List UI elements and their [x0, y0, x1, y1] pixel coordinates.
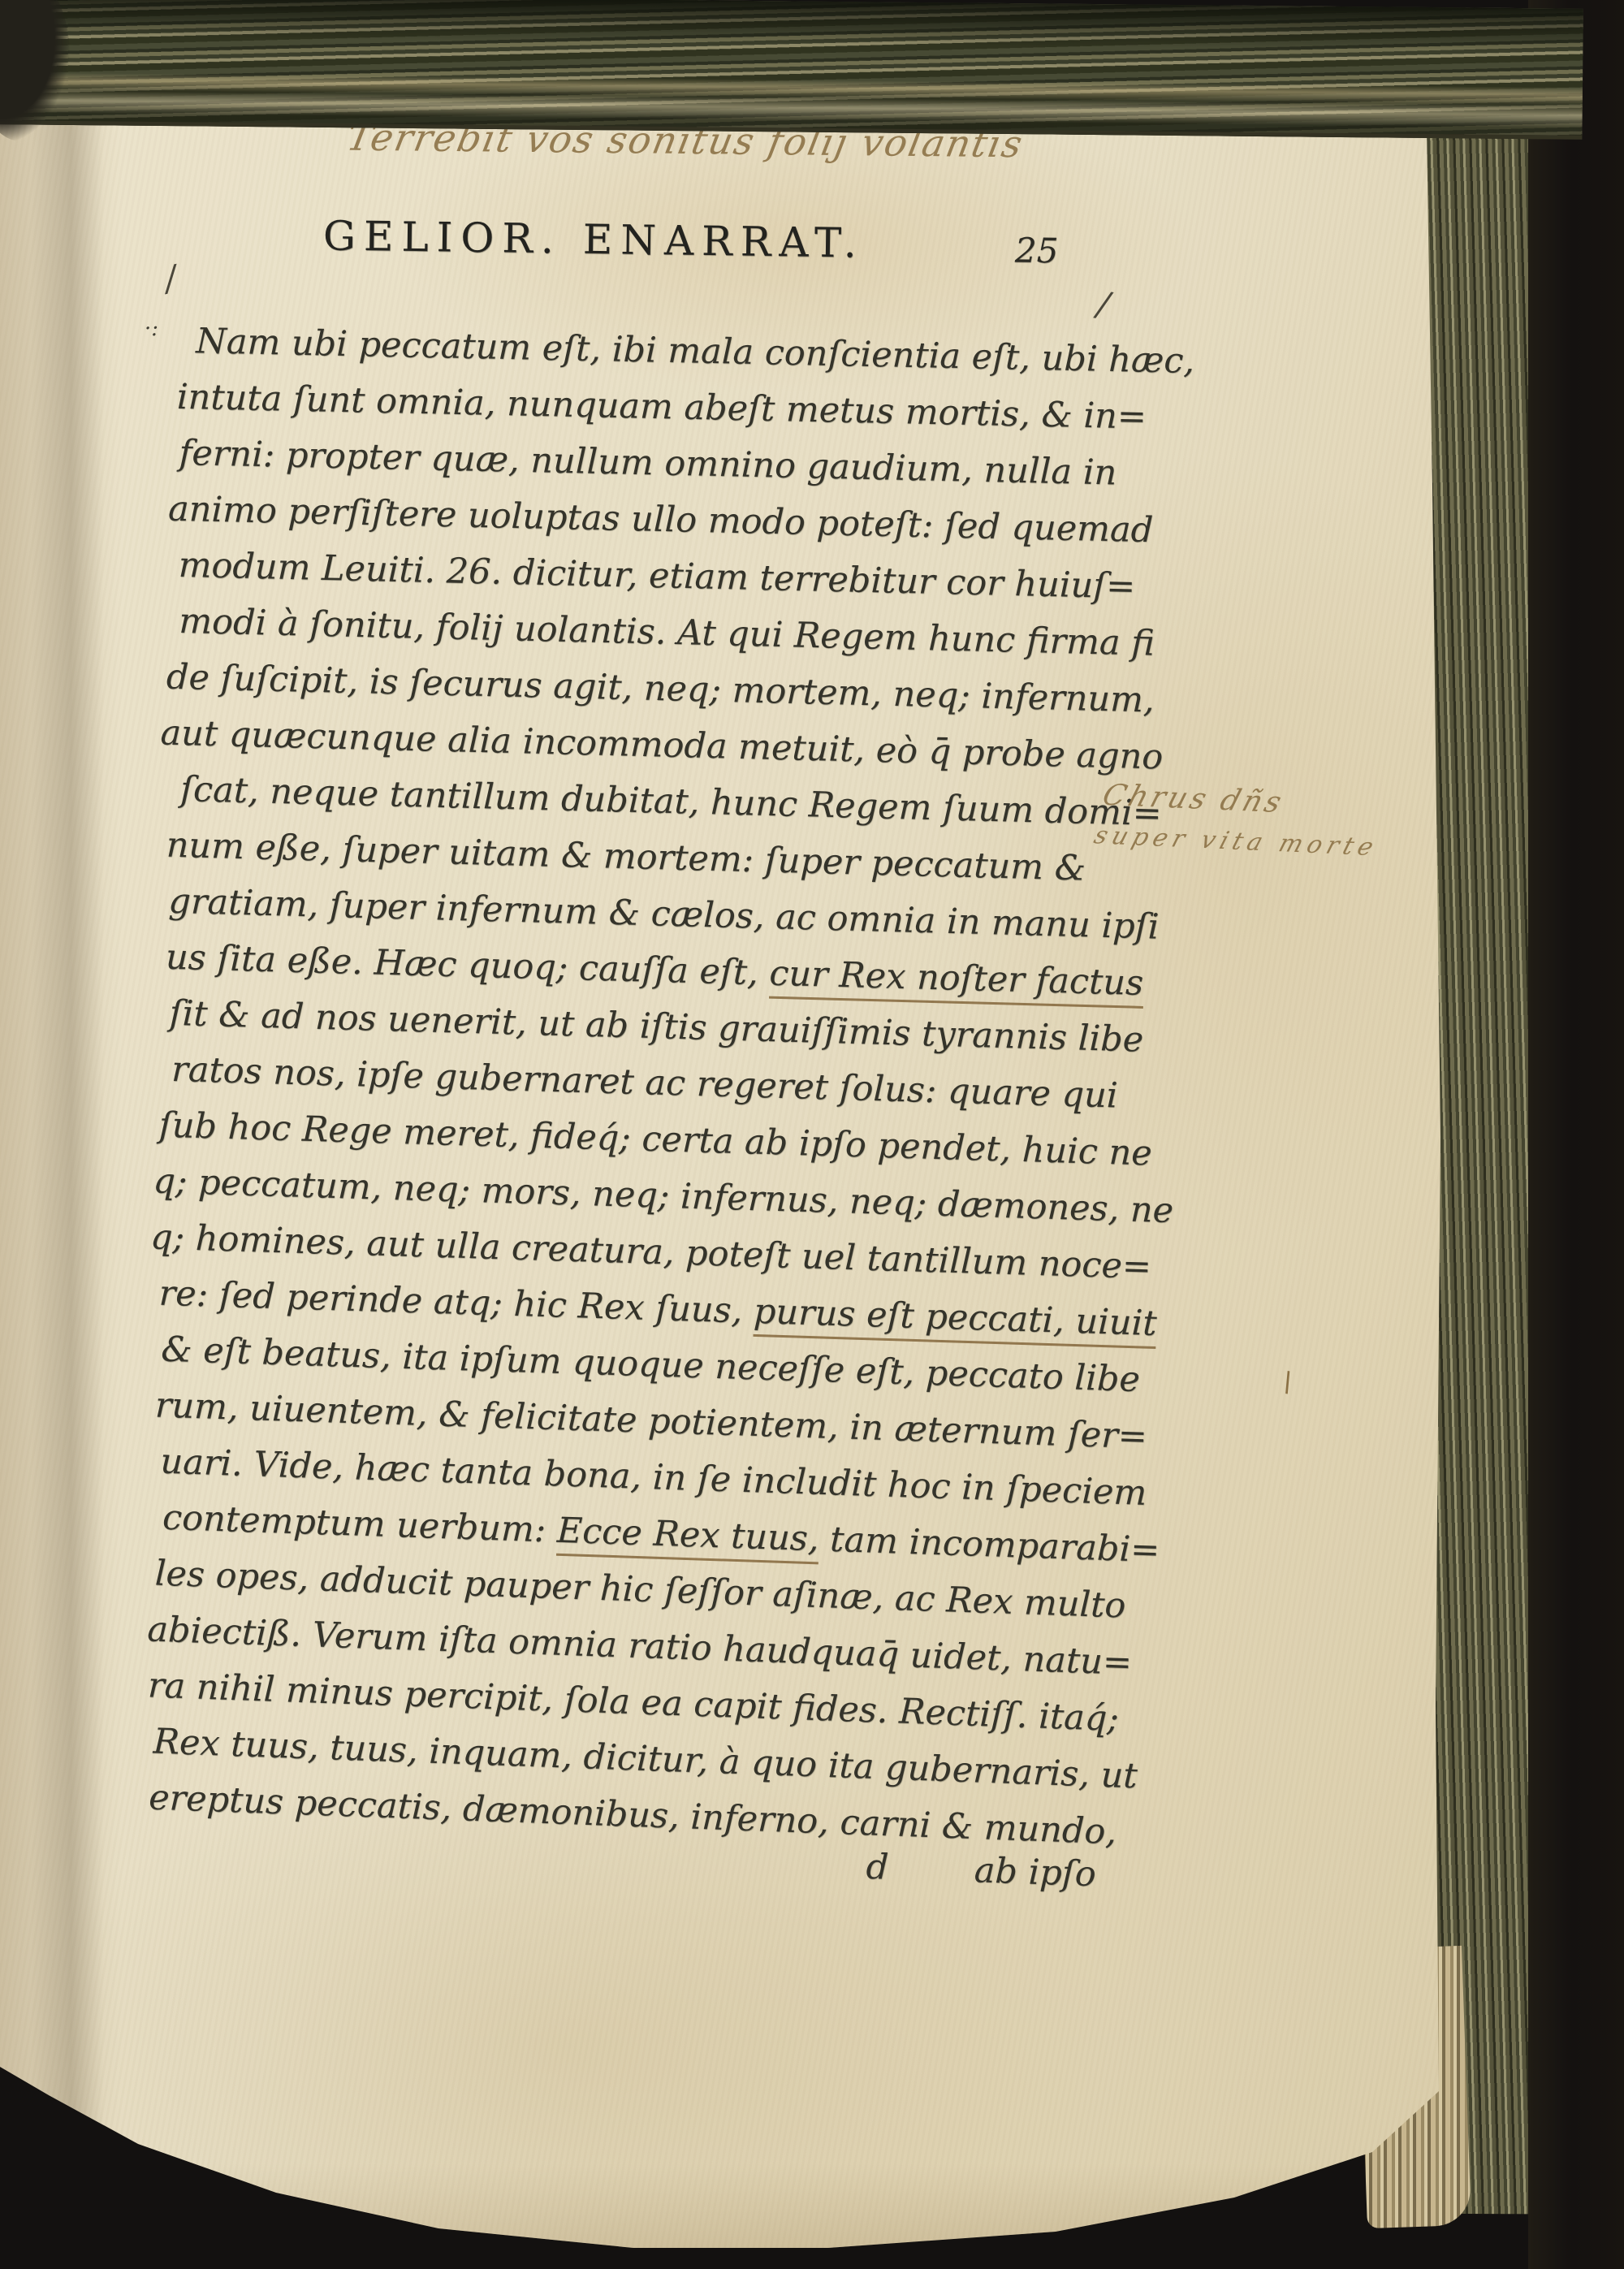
- ink-slash-mark-right: /: [1095, 283, 1112, 324]
- catchword: ab ipſo: [974, 1850, 1096, 1895]
- book-photo: Terrebit vos sonitus folij volantis GELI…: [0, 0, 1624, 2269]
- ink-tick-mark-margin: \: [1280, 1365, 1296, 1399]
- running-header: GELIOR. ENARRAT.: [323, 212, 865, 266]
- handwritten-margin-note: Chrus dñs super vita morte: [1087, 779, 1394, 862]
- book-page: Terrebit vos sonitus folij volantis GELI…: [0, 0, 1624, 2269]
- book-cover-edge: [1528, 0, 1624, 2269]
- text-segment: us ſita eße. Hæc quoq; cauſſa eſt,: [165, 937, 770, 994]
- ink-dots-mark: ·:: [145, 317, 158, 341]
- text-segment: contemptum uerbum:: [162, 1498, 557, 1551]
- underlined-text: Ecce Rex tuus,: [556, 1511, 819, 1565]
- signature-mark: d: [866, 1847, 889, 1888]
- body-text: Nam ubi peccatum eſt, ibi mala conſcient…: [155, 313, 1119, 1845]
- margin-note-line1: Chrus dñs: [1099, 779, 1394, 824]
- text-segment: re: ſed perinde atq; hic Rex ſuus,: [158, 1273, 754, 1332]
- book-top-edge: [0, 0, 1583, 140]
- page-number: 25: [1015, 231, 1059, 271]
- margin-note-line2: super vita morte: [1091, 821, 1381, 862]
- ink-slash-mark-left: /: [162, 257, 179, 299]
- underlined-text: cur Rex noſter factus: [769, 953, 1144, 1009]
- underlined-text: purus eſt peccati, uiuit: [753, 1291, 1157, 1349]
- gutter-shadow: [31, 0, 104, 2269]
- text-segment: tam incomparabi=: [818, 1519, 1160, 1571]
- running-header-title: GELIOR. ENARRAT.: [323, 212, 865, 266]
